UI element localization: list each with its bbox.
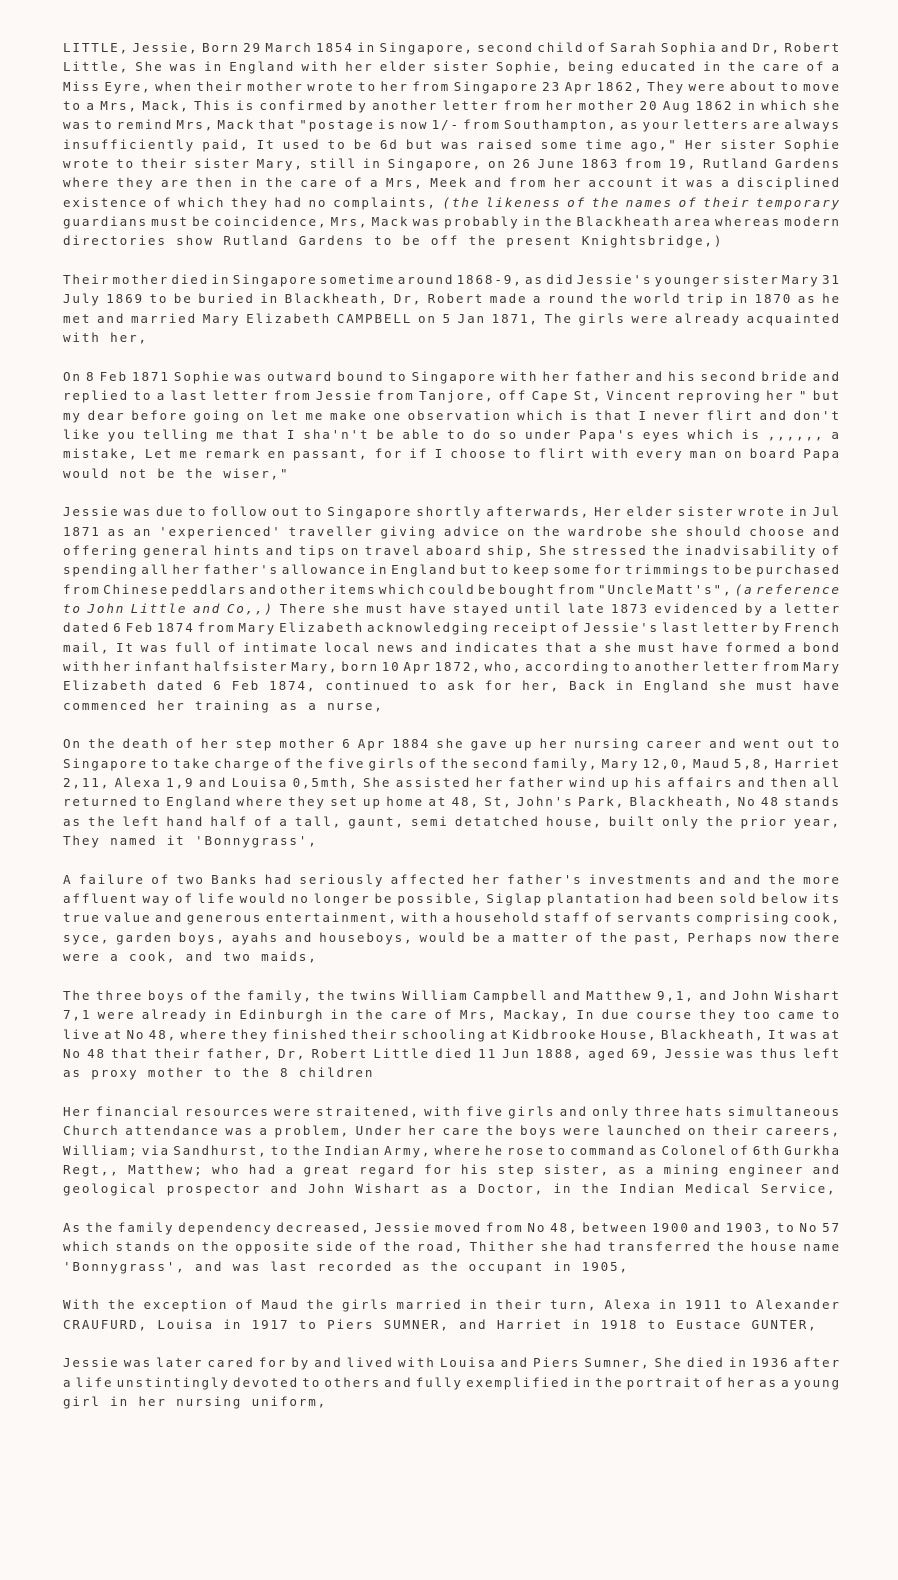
word: world xyxy=(634,289,681,308)
word: educated xyxy=(621,57,696,76)
word: when xyxy=(155,77,193,96)
word: her xyxy=(201,734,229,753)
word: at xyxy=(104,1025,123,1044)
text-line: truevalueandgenerousentertainment,withah… xyxy=(63,908,841,927)
word: to xyxy=(63,96,82,115)
text-line: mistake,Letmeremarkenpassant,forifIchoos… xyxy=(63,444,841,463)
word: Papa xyxy=(803,444,841,463)
word: guardians xyxy=(63,212,148,231)
word: hats xyxy=(686,1102,724,1121)
text-line: AfailureoftwoBankshadseriouslyaffectedhe… xyxy=(63,870,841,889)
word: Little xyxy=(131,599,188,618)
word: 8 xyxy=(86,367,95,386)
word: boys xyxy=(520,1121,558,1140)
word: 19, xyxy=(669,154,697,173)
word: then xyxy=(196,173,234,192)
word: they xyxy=(231,193,269,212)
word: insufficiently xyxy=(63,135,195,154)
word: no xyxy=(308,193,327,212)
word: with xyxy=(424,1102,462,1121)
word: Sophia xyxy=(661,38,718,57)
word: Apr xyxy=(565,77,593,96)
word: entertainment, xyxy=(266,908,398,927)
word: Mack, xyxy=(142,96,189,115)
word: wrote xyxy=(307,77,354,96)
text-line: fromChinesepeddlarsandotheritemswhichcou… xyxy=(63,580,841,599)
word: bride xyxy=(761,367,808,386)
word: Cape xyxy=(532,386,570,405)
word: general xyxy=(143,541,209,560)
word: could xyxy=(428,580,475,599)
paragraph: On8Feb1871SophiewasoutwardboundtoSingapo… xyxy=(63,367,841,483)
word: as xyxy=(618,1160,637,1179)
word: 1872, xyxy=(435,657,482,676)
word: houseboys, xyxy=(319,928,413,947)
word: rose xyxy=(507,1141,545,1160)
word: 1884 xyxy=(392,734,430,753)
word: St, xyxy=(484,792,512,811)
word: of xyxy=(236,1295,255,1314)
word: 2,11, xyxy=(63,773,110,792)
word: on xyxy=(507,522,526,541)
word: was xyxy=(686,173,714,192)
word: (the xyxy=(443,193,481,212)
word: mistake, xyxy=(63,444,138,463)
word: who xyxy=(212,1160,240,1179)
word: to xyxy=(302,1373,321,1392)
word: was xyxy=(63,115,91,134)
word: by xyxy=(745,599,764,618)
word: Little xyxy=(373,1044,430,1063)
word: and xyxy=(553,986,581,1005)
text-line: CRAUFURD, Louisa in 1917 to Piers SUMNER… xyxy=(63,1315,841,1334)
word: on xyxy=(418,309,437,328)
word: of xyxy=(705,1373,724,1392)
word: board xyxy=(750,444,797,463)
text-line: Singaporetotakechargeofthefivegirlsofthe… xyxy=(63,754,841,773)
word: continued xyxy=(325,676,410,695)
word: 6d xyxy=(380,135,399,154)
word: Matthew; xyxy=(128,1160,203,1179)
word: a xyxy=(86,96,95,115)
line-text: 'Bonnygrass', and was last recorded as t… xyxy=(63,1259,629,1274)
word: giving xyxy=(380,522,437,541)
word: later xyxy=(156,1353,203,1372)
word: devoted xyxy=(233,1373,299,1392)
word: died xyxy=(435,1044,473,1063)
word: She xyxy=(539,541,567,560)
word: in xyxy=(523,212,542,231)
word: would xyxy=(240,889,287,908)
word: tips xyxy=(299,541,337,560)
word: too xyxy=(743,1005,771,1024)
word: lived xyxy=(347,1353,394,1372)
word: the xyxy=(202,1237,230,1256)
word: which xyxy=(379,580,426,599)
word: be xyxy=(354,135,373,154)
word: 1873 xyxy=(611,599,649,618)
word: March xyxy=(265,38,312,57)
word: before xyxy=(131,406,188,425)
word: They xyxy=(647,77,685,96)
word: is xyxy=(742,425,761,444)
word: Blackheath xyxy=(576,212,670,231)
text-line: existenceofwhichtheyhadnocomplaints,(the… xyxy=(63,193,841,212)
word: servants xyxy=(617,908,692,927)
word: William xyxy=(402,986,468,1005)
word: a xyxy=(157,386,166,405)
word: detatched xyxy=(455,812,540,831)
text-line: with her, xyxy=(63,328,841,347)
text-line: guardiansmustbecoincidence,Mrs,Mackwaspr… xyxy=(63,212,841,231)
word: until xyxy=(515,599,562,618)
text-line: metandmarriedMaryElizabethCAMPBELLon5Jan… xyxy=(63,309,841,328)
word: then xyxy=(771,773,809,792)
word: to xyxy=(822,1005,841,1024)
word: 1936 xyxy=(752,1353,790,1372)
word: with xyxy=(401,908,439,927)
word: around xyxy=(398,270,455,289)
word: married xyxy=(396,1295,462,1314)
word: of xyxy=(731,1141,750,1160)
word: his xyxy=(635,773,663,792)
word: as xyxy=(525,270,544,289)
word: and xyxy=(560,1102,588,1121)
word: of xyxy=(679,193,698,212)
word: ayahs xyxy=(232,928,279,947)
word: to xyxy=(328,135,347,154)
word: and xyxy=(699,986,727,1005)
text-line: William;viaSandhurst,totheIndianArmy,whe… xyxy=(63,1141,841,1160)
word: so xyxy=(499,425,518,444)
word: be xyxy=(374,889,393,908)
word: a xyxy=(259,1121,268,1140)
word: her xyxy=(345,57,373,76)
word: wrote xyxy=(63,154,110,173)
text-line: alifeunstintinglydevotedtoothersandfully… xyxy=(63,1373,841,1392)
word: from xyxy=(63,580,101,599)
word: their xyxy=(703,193,750,212)
word: her xyxy=(381,77,409,96)
word: in xyxy=(470,1295,489,1314)
word: mining xyxy=(664,1160,721,1179)
text-line: LITTLE,Jessie,Born29March1854inSingapore… xyxy=(63,38,841,57)
paragraph: Onthedeathofherstepmother6Apr1884shegave… xyxy=(63,734,841,850)
word: confirmed xyxy=(259,96,344,115)
word: bought xyxy=(499,580,556,599)
word: where xyxy=(181,1025,228,1044)
word: their xyxy=(496,1295,543,1314)
paragraph: LITTLE,Jessie,Born29March1854inSingapore… xyxy=(63,38,841,251)
word: that xyxy=(111,1044,149,1063)
word: her, xyxy=(522,676,560,695)
word: father, xyxy=(207,1044,273,1063)
word: to xyxy=(188,502,207,521)
word: a xyxy=(443,908,452,927)
word: exception xyxy=(143,1295,228,1314)
word: 48, xyxy=(149,1025,177,1044)
word: England xyxy=(391,560,457,579)
word: to xyxy=(116,154,135,173)
word: ago," xyxy=(631,135,678,154)
word: Banks xyxy=(211,870,258,889)
word: On xyxy=(63,734,82,753)
word: from xyxy=(198,618,236,637)
word: a xyxy=(781,1373,790,1392)
word: road, xyxy=(417,1237,464,1256)
word: dated xyxy=(157,676,204,695)
word: It xyxy=(257,135,276,154)
word: Singapore xyxy=(327,502,412,521)
word: with xyxy=(63,657,101,676)
word: Jessie xyxy=(316,386,373,405)
word: of xyxy=(588,38,607,57)
word: the xyxy=(717,1237,745,1256)
word: straitened, xyxy=(316,1102,420,1121)
word: afterwards, xyxy=(486,502,590,521)
word: who, xyxy=(485,657,523,676)
word: account xyxy=(588,173,654,192)
word: of xyxy=(176,734,195,753)
word: boys, xyxy=(179,928,226,947)
word: the xyxy=(265,173,293,192)
word: items xyxy=(329,580,376,599)
word: Feb xyxy=(126,618,154,637)
word: follow xyxy=(211,502,268,521)
word: died xyxy=(171,270,209,289)
word: elder xyxy=(627,502,674,521)
word: Their xyxy=(63,270,110,289)
word: Her xyxy=(594,502,622,521)
word: sometime xyxy=(320,270,395,289)
word: likeness xyxy=(486,193,561,212)
word: of xyxy=(190,986,209,1005)
word: Rutland xyxy=(703,154,769,173)
word: letter xyxy=(784,599,841,618)
word: passant, xyxy=(293,444,368,463)
word: he xyxy=(822,289,841,308)
word: in xyxy=(659,1295,678,1314)
text-line: Little,ShewasinEnglandwithhereldersister… xyxy=(63,57,841,76)
word: three xyxy=(96,986,143,1005)
word: to xyxy=(781,77,800,96)
word: the xyxy=(595,1373,623,1392)
word: one xyxy=(374,406,402,425)
word: care xyxy=(443,1121,481,1140)
word: As xyxy=(63,1218,82,1237)
word: 11 xyxy=(478,1044,497,1063)
text-line: No48thattheirfather,Dr,RobertLittledied1… xyxy=(63,1044,841,1063)
word: I xyxy=(435,444,444,463)
word: from xyxy=(463,115,501,134)
word: was xyxy=(727,1044,755,1063)
text-line: girl in her nursing uniform, xyxy=(63,1392,841,1411)
word: in xyxy=(573,1373,592,1392)
line-text: commenced her training as a nurse, xyxy=(63,698,384,713)
text-line: liveatNo48,wheretheyfinishedtheirschooli… xyxy=(63,1025,841,1044)
word: aboard xyxy=(426,541,483,560)
word: Mack xyxy=(217,115,255,134)
word: to xyxy=(447,425,466,444)
document-page: LITTLE,Jessie,Born29March1854inSingapore… xyxy=(63,38,841,1431)
word: would xyxy=(419,928,466,947)
word: child xyxy=(537,38,584,57)
word: but xyxy=(813,386,841,405)
text-line: 'Bonnygrass', and was last recorded as t… xyxy=(63,1257,841,1276)
word: unstintingly xyxy=(117,1373,230,1392)
word: to xyxy=(149,289,168,308)
word: I xyxy=(638,406,647,425)
word: news xyxy=(377,638,415,657)
word: Louisa xyxy=(440,1353,497,1372)
word: still xyxy=(310,154,357,173)
word: careers, xyxy=(765,1121,840,1140)
word: had xyxy=(265,870,293,889)
word: she xyxy=(541,1237,569,1256)
paragraph: Herfinancialresourceswerestraitened,with… xyxy=(63,1102,841,1199)
word: their xyxy=(141,154,188,173)
word: your xyxy=(643,115,681,134)
word: man xyxy=(690,444,718,463)
word: her xyxy=(766,386,794,405)
word: a xyxy=(497,928,506,947)
word: transferred xyxy=(608,1237,712,1256)
text-line: would not be the wiser," xyxy=(63,464,841,483)
word: only xyxy=(592,1102,630,1121)
word: and xyxy=(501,1353,529,1372)
word: had xyxy=(645,889,673,908)
word: and xyxy=(249,580,277,599)
word: never xyxy=(654,406,701,425)
word: under xyxy=(525,425,572,444)
word: 1862, xyxy=(596,77,643,96)
word: Sarah xyxy=(610,38,657,57)
word: 1868-9, xyxy=(457,270,523,289)
text-line: repliedtoalastletterfromJessiefromTanjor… xyxy=(63,386,841,405)
text-line: wrotetotheirsisterMary,stillinSingapore,… xyxy=(63,154,841,173)
word: death xyxy=(123,734,170,753)
word: her xyxy=(476,773,504,792)
word: Jessie xyxy=(63,1353,120,1372)
word: 48 xyxy=(87,1044,106,1063)
word: No xyxy=(527,1218,546,1237)
word: hand xyxy=(166,812,204,831)
word: of xyxy=(254,812,273,831)
word: names xyxy=(626,193,673,212)
word: in xyxy=(369,560,388,579)
word: time xyxy=(586,135,624,154)
word: every xyxy=(636,444,683,463)
word: came xyxy=(778,1005,816,1024)
word: letter xyxy=(703,657,760,676)
word: Tanjore, xyxy=(419,386,494,405)
word: Apr xyxy=(403,657,431,676)
word: Mary xyxy=(803,657,841,676)
word: keep xyxy=(513,560,551,579)
word: that xyxy=(545,638,583,657)
word: of xyxy=(806,57,825,76)
word: care xyxy=(763,57,801,76)
word: Robert xyxy=(428,289,485,308)
word: She xyxy=(655,1353,683,1372)
word: Let xyxy=(145,444,173,463)
word: mother xyxy=(113,270,170,289)
word: via xyxy=(142,1141,170,1160)
word: past, xyxy=(634,928,681,947)
word: offering xyxy=(63,541,138,560)
word: Back xyxy=(569,676,607,695)
word: 69, xyxy=(631,1044,659,1063)
word: of xyxy=(154,193,173,212)
word: Miss xyxy=(63,77,101,96)
word: John xyxy=(87,599,125,618)
word: Jun xyxy=(502,1044,530,1063)
word: ask xyxy=(447,676,475,695)
word: Southampton, xyxy=(504,115,617,134)
word: and xyxy=(314,1353,342,1372)
word: thus xyxy=(760,1044,798,1063)
word: to xyxy=(713,560,732,579)
word: they xyxy=(288,792,326,811)
word: Sumner, xyxy=(584,1353,650,1372)
word: in xyxy=(729,1353,748,1372)
word: a xyxy=(533,289,542,308)
word: father's xyxy=(507,870,582,889)
word: England xyxy=(644,676,710,695)
word: In xyxy=(576,1005,595,1024)
word: had xyxy=(574,1237,602,1256)
text-line: geological prospector and John Wishart a… xyxy=(63,1179,841,1198)
word: able xyxy=(402,425,440,444)
word: the xyxy=(768,870,796,889)
word: 9,1, xyxy=(657,986,695,1005)
word: and xyxy=(285,928,313,947)
word: Feb xyxy=(232,676,260,695)
word: peddlars xyxy=(171,580,246,599)
word: sold xyxy=(720,889,758,908)
word: evidenced xyxy=(654,599,739,618)
word: 31 xyxy=(822,270,841,289)
word: wrote xyxy=(738,502,785,521)
word: is xyxy=(236,96,255,115)
word: was xyxy=(225,1121,253,1140)
word: care xyxy=(391,1005,429,1024)
word: acquainted xyxy=(747,309,841,328)
word: acknowledging xyxy=(367,618,490,637)
word: Maud xyxy=(693,754,731,773)
word: now xyxy=(760,928,788,947)
word: Jessie's xyxy=(577,270,652,289)
word: in xyxy=(363,154,382,173)
word: where xyxy=(237,792,284,811)
word: as xyxy=(108,522,127,541)
text-line: offeringgeneralhintsandtipsontravelaboar… xyxy=(63,541,841,560)
word: the xyxy=(88,734,116,753)
word: command xyxy=(570,1141,636,1160)
word: father xyxy=(575,367,632,386)
text-line: syce,gardenboys,ayahsandhouseboys,wouldb… xyxy=(63,928,841,947)
word: Mary xyxy=(238,618,276,637)
word: 5,8, xyxy=(734,754,772,773)
word: for xyxy=(594,560,622,579)
word: she xyxy=(332,599,360,618)
word: indicates xyxy=(455,638,540,657)
text-line: TheirmotherdiedinSingaporesometimearound… xyxy=(63,270,841,289)
word: Sophie, xyxy=(496,57,562,76)
word: be xyxy=(174,289,193,308)
word: as xyxy=(759,1373,778,1392)
word: she xyxy=(651,522,679,541)
